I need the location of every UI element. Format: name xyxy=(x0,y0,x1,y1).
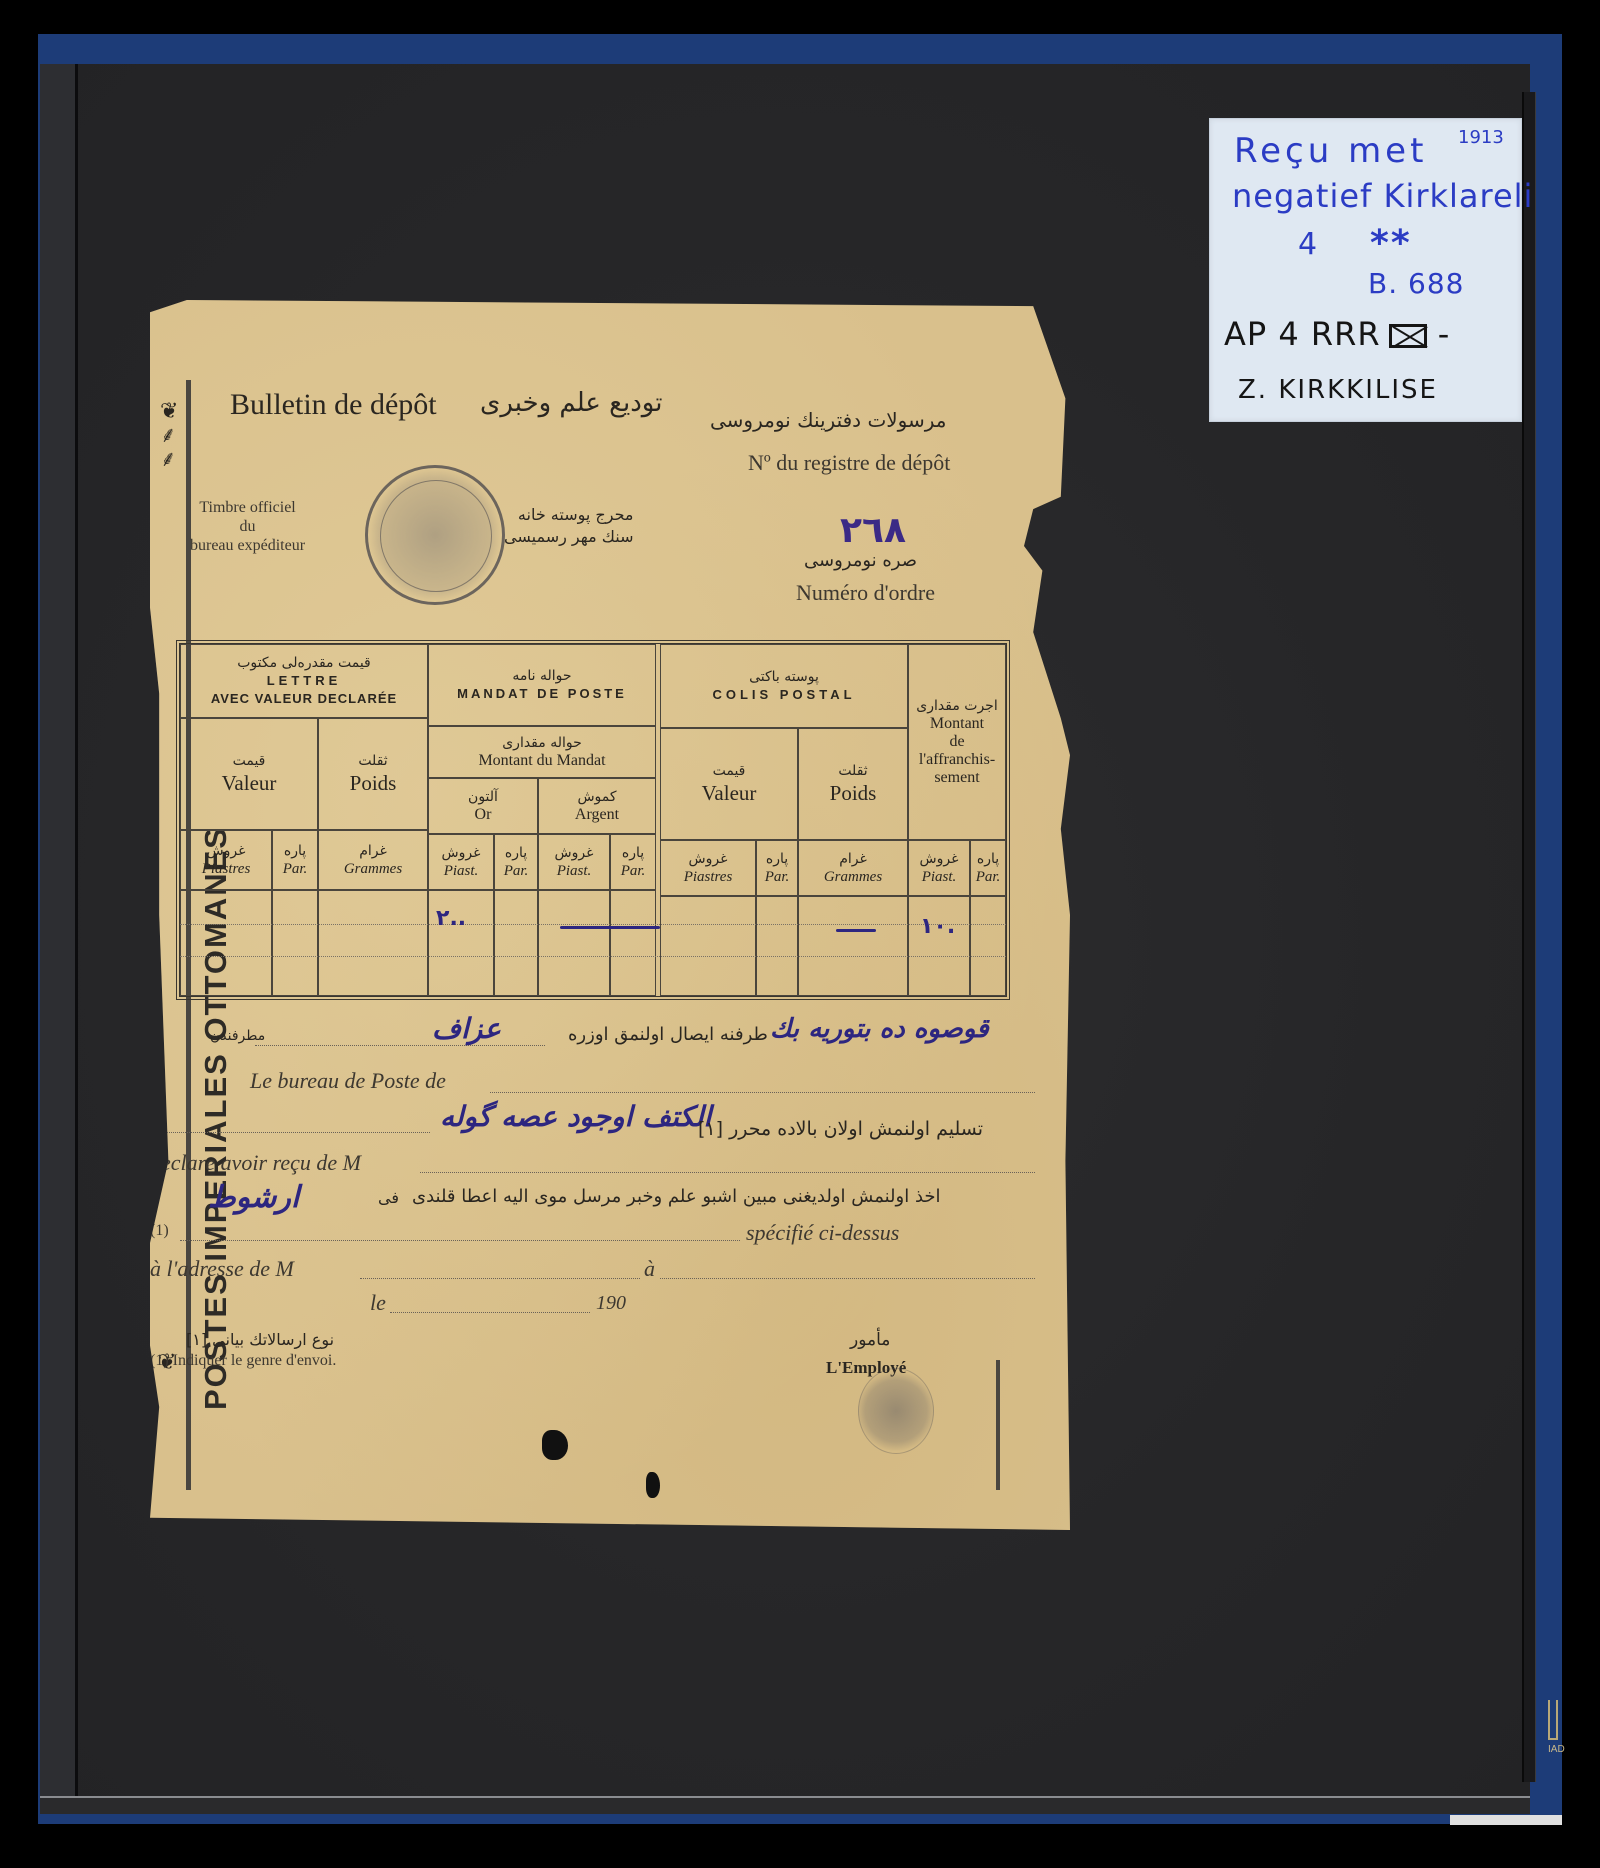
form-line1-ar-left: مطرفندن xyxy=(210,1028,265,1044)
description-label: Reçu met 1913 negatief Kirklareli 4 ** B… xyxy=(1209,118,1522,422)
register-label-ottoman: مرسولات دفترينك نومروسى xyxy=(710,408,947,432)
unit-grammes: غرام Grammes xyxy=(318,830,428,890)
document-title-ottoman: توديع علم وخبرى xyxy=(480,388,662,418)
form-dotted-line xyxy=(660,1278,1035,1279)
entry-argent-piast xyxy=(538,890,610,996)
header-fr: sement xyxy=(934,769,979,787)
handwritten-line2: الكتف اوجود عصه گوله xyxy=(440,1100,711,1133)
subheader-fr: Poids xyxy=(830,780,877,806)
document-title: Bulletin de dépôt xyxy=(230,388,437,422)
bureau-label: Le bureau de Poste de xyxy=(250,1068,446,1094)
unit-or-para: پاره Par. xyxy=(494,834,538,890)
unit-fr: Piastres xyxy=(684,868,733,886)
form-dotted-line xyxy=(420,1172,1035,1173)
mount-sleeve xyxy=(1522,92,1536,1782)
subheader-fr: Montant du Mandat xyxy=(478,752,605,770)
form-dotted-line xyxy=(360,1278,640,1279)
header-fr: MANDAT DE POSTE xyxy=(457,685,627,703)
subheader-fr: Or xyxy=(475,806,492,824)
unit-ar: پاره xyxy=(622,844,644,862)
seal-label-ottoman: محرج پوسته خانه سنك مهر رسميسى xyxy=(504,504,633,548)
declaration-table: قيمت مقدره‌لى مكتوب LETTRE AVEC VALEUR D… xyxy=(176,640,1010,1000)
entry-or-para xyxy=(494,890,538,996)
ink-spot xyxy=(646,1472,660,1498)
entry-affr-para xyxy=(970,896,1006,996)
timbre-line: bureau expéditeur xyxy=(190,536,305,555)
form-dotted-line xyxy=(490,1092,1035,1093)
form-line1-ar: طرفنه ايصال اولنمق اوزره xyxy=(568,1024,768,1045)
declare-label: declare avoir reçu de M xyxy=(150,1150,361,1176)
unit-piastres: غروش Piastres xyxy=(180,830,272,890)
header-ar: اجرت مقدارى xyxy=(916,697,997,715)
unit-ar: غروش xyxy=(689,850,728,868)
unit-affr-para: پاره Par. xyxy=(970,840,1006,896)
unit-ar: غرام xyxy=(359,842,387,860)
entry-argent-para xyxy=(610,890,656,996)
unit-fr: Grammes xyxy=(344,860,402,878)
specifie-label: spécifié ci-dessus xyxy=(746,1220,899,1246)
handwritten-dash xyxy=(560,926,660,929)
unit-fr: Par. xyxy=(504,862,529,880)
unit-ar: غروش xyxy=(442,844,481,862)
unit-ar: پاره xyxy=(766,850,788,868)
page-bottom-edge xyxy=(40,1796,1530,1814)
header-fr-2: AVEC VALEUR DECLARÉE xyxy=(211,690,397,708)
adresse-label: à l'adresse de M xyxy=(150,1256,294,1282)
subheader-ar: ثقلت xyxy=(838,762,867,780)
label-line-1: Reçu met xyxy=(1234,131,1427,171)
unit-fr: Piast. xyxy=(557,862,592,880)
header-mandat: حواله نامه MANDAT DE POSTE xyxy=(428,644,656,726)
header-fr: Montant xyxy=(930,715,984,733)
footnote-fr: (1) Indiquer le genre d'envoi. xyxy=(150,1352,336,1370)
subheader-fr: Poids xyxy=(350,770,397,796)
seal-line: محرج پوسته خانه xyxy=(504,504,633,526)
label-line-4: AP 4 RRR - xyxy=(1224,315,1450,353)
unit-ar: پاره xyxy=(977,850,999,868)
header-fr: LETTRE xyxy=(267,672,342,690)
entry-lettre-grammes xyxy=(318,890,428,996)
label-ap-text: AP 4 RRR xyxy=(1224,315,1381,353)
dotted-rule xyxy=(180,924,1006,925)
handwritten-line1b: عزاف xyxy=(432,1012,501,1045)
form-line3-fi: فى xyxy=(378,1188,399,1207)
page-binding-edge xyxy=(40,64,78,1800)
album-strip xyxy=(1450,1815,1562,1825)
handwritten-line1: قوصوه ده بتوريه بك xyxy=(770,1014,989,1044)
timbre-line: du xyxy=(190,517,305,536)
subheader-colis-valeur: قيمت Valeur xyxy=(660,728,798,840)
form-dotted-line xyxy=(255,1045,545,1046)
brand-text: IAD xyxy=(1548,1744,1562,1755)
unit-ar: غرام xyxy=(839,850,867,868)
label-ref: B. 688 xyxy=(1368,267,1464,300)
unit-colis-piastres: غروش Piastres xyxy=(660,840,756,896)
subheader-colis-poids: ثقلت Poids xyxy=(798,728,908,840)
subheader-montant-mandat: حواله مقدارى Montant du Mandat xyxy=(428,726,656,778)
album-brand-logo: IAD xyxy=(1548,1700,1562,1770)
header-fr: COLIS POSTAL xyxy=(712,686,855,704)
unit-fr: Piastres xyxy=(202,860,251,878)
bulletin-de-depot-document: ❦⸙⸙ ❦ POSTES IMPERIALES OTTOMANES Bullet… xyxy=(150,300,1070,1530)
handwritten-line3: ارشوط xyxy=(208,1180,299,1215)
handwritten-mandat-amount: ٢.. xyxy=(436,906,466,931)
employe-label-ar: مأمور xyxy=(850,1330,890,1350)
subheader-fr: Valeur xyxy=(702,780,757,806)
unit-argent-para: پاره Par. xyxy=(610,834,656,890)
unit-fr: Par. xyxy=(283,860,308,878)
unit-fr: Par. xyxy=(976,868,1001,886)
header-colis: پوسته باكتى COLIS POSTAL xyxy=(660,644,908,728)
unit-argent-piast: غروش Piast. xyxy=(538,834,610,890)
header-fr: de xyxy=(949,733,964,751)
year-prefix: 190 xyxy=(596,1292,626,1315)
subheader-ar: كموش xyxy=(577,788,616,806)
handwritten-affranchissement-amount: ١٠. xyxy=(920,914,955,939)
form-line3-ar: اخذ اولنمش اولديغنى مبين اشبو علم وخبر م… xyxy=(412,1186,941,1207)
subheader-ar: ثقلت xyxy=(358,752,387,770)
form-dotted-line xyxy=(180,1240,740,1241)
dotted-rule xyxy=(180,956,1006,957)
unit-fr: Grammes xyxy=(824,868,882,886)
official-stamp-label: Timbre officiel du bureau expéditeur xyxy=(190,498,305,555)
label-line-5: Z. KIRKKILISE xyxy=(1238,375,1438,405)
label-dash: - xyxy=(1438,315,1451,353)
unit-or-piast: غروش Piast. xyxy=(428,834,494,890)
form-dotted-line xyxy=(390,1312,590,1313)
unit-colis-para: پاره Par. xyxy=(756,840,798,896)
unit-fr: Piast. xyxy=(922,868,957,886)
seal-line: سنك مهر رسميسى xyxy=(504,526,633,548)
label-year: 1913 xyxy=(1458,127,1504,148)
header-lettre: قيمت مقدره‌لى مكتوب LETTRE AVEC VALEUR D… xyxy=(180,644,428,718)
header-fr: l'affranchis- xyxy=(919,751,995,769)
unit-ar: پاره xyxy=(284,842,306,860)
order-label: Numéro d'ordre xyxy=(796,580,935,606)
unit-ar: پاره xyxy=(505,844,527,862)
label-stars: ** xyxy=(1370,223,1412,264)
subheader-ar: آلتون xyxy=(468,788,498,806)
brand-logo-icon xyxy=(1548,1700,1558,1740)
subheader-valeur: قيمت Valeur xyxy=(180,718,318,830)
side-ornament-icon: ❦⸙⸙ xyxy=(160,400,182,472)
unit-fr: Par. xyxy=(621,862,646,880)
unit-colis-grammes: غرام Grammes xyxy=(798,840,908,896)
header-ar: قيمت مقدره‌لى مكتوب xyxy=(237,654,371,672)
subheader-fr: Valeur xyxy=(222,770,277,796)
handwritten-dash xyxy=(836,929,876,932)
subheader-fr: Argent xyxy=(575,806,619,824)
document-right-rail xyxy=(996,1360,1000,1490)
header-ar: پوسته باكتى xyxy=(749,668,819,686)
order-number-handwritten: ٢٦٨ xyxy=(840,510,906,551)
form-dotted-line xyxy=(150,1132,430,1133)
entry-colis-para xyxy=(756,896,798,996)
cover-envelope-icon xyxy=(1389,324,1427,348)
footnote-ar: [١] نوع ارسالاتك بيانى xyxy=(186,1330,334,1349)
label-number: 4 xyxy=(1298,227,1317,262)
unit-ar: غروش xyxy=(555,844,594,862)
unit-fr: Par. xyxy=(765,868,790,886)
entry-affr-piast xyxy=(908,896,970,996)
entry-lettre-piastres xyxy=(180,890,272,996)
subheader-poids: ثقلت Poids xyxy=(318,718,428,830)
office-seal-icon xyxy=(858,1368,934,1454)
header-ar: حواله نامه xyxy=(512,667,571,685)
entry-colis-grammes xyxy=(798,896,908,996)
register-label: Nº du registre de dépôt xyxy=(748,450,950,476)
unit-ar: غروش xyxy=(207,842,246,860)
order-label-ottoman: صره نومروسى xyxy=(804,550,917,571)
timbre-line: Timbre officiel xyxy=(190,498,305,517)
subheader-ar: قيمت xyxy=(233,752,266,770)
entry-lettre-para xyxy=(272,890,318,996)
subheader-ar: حواله مقدارى xyxy=(502,734,582,752)
header-affranchissement: اجرت مقدارى Montant de l'affranchis- sem… xyxy=(908,644,1006,840)
unit-affr-piast: غروش Piast. xyxy=(908,840,970,896)
form-line2-ar: تسليم اولنمش اولان بالاده محرر [١] xyxy=(698,1118,983,1140)
le-label: le xyxy=(370,1290,386,1316)
a-label: à xyxy=(644,1256,655,1282)
postmark-stamp-icon xyxy=(365,465,505,605)
unit-ar: غروش xyxy=(920,850,959,868)
unit-fr: Piast. xyxy=(444,862,479,880)
subheader-ar: قيمت xyxy=(713,762,746,780)
entry-colis-piastres xyxy=(660,896,756,996)
label-line-2: negatief Kirklareli xyxy=(1232,177,1533,215)
ink-spot xyxy=(542,1430,568,1460)
subheader-or: آلتون Or xyxy=(428,778,538,834)
subheader-argent: كموش Argent xyxy=(538,778,656,834)
unit-para: پاره Par. xyxy=(272,830,318,890)
